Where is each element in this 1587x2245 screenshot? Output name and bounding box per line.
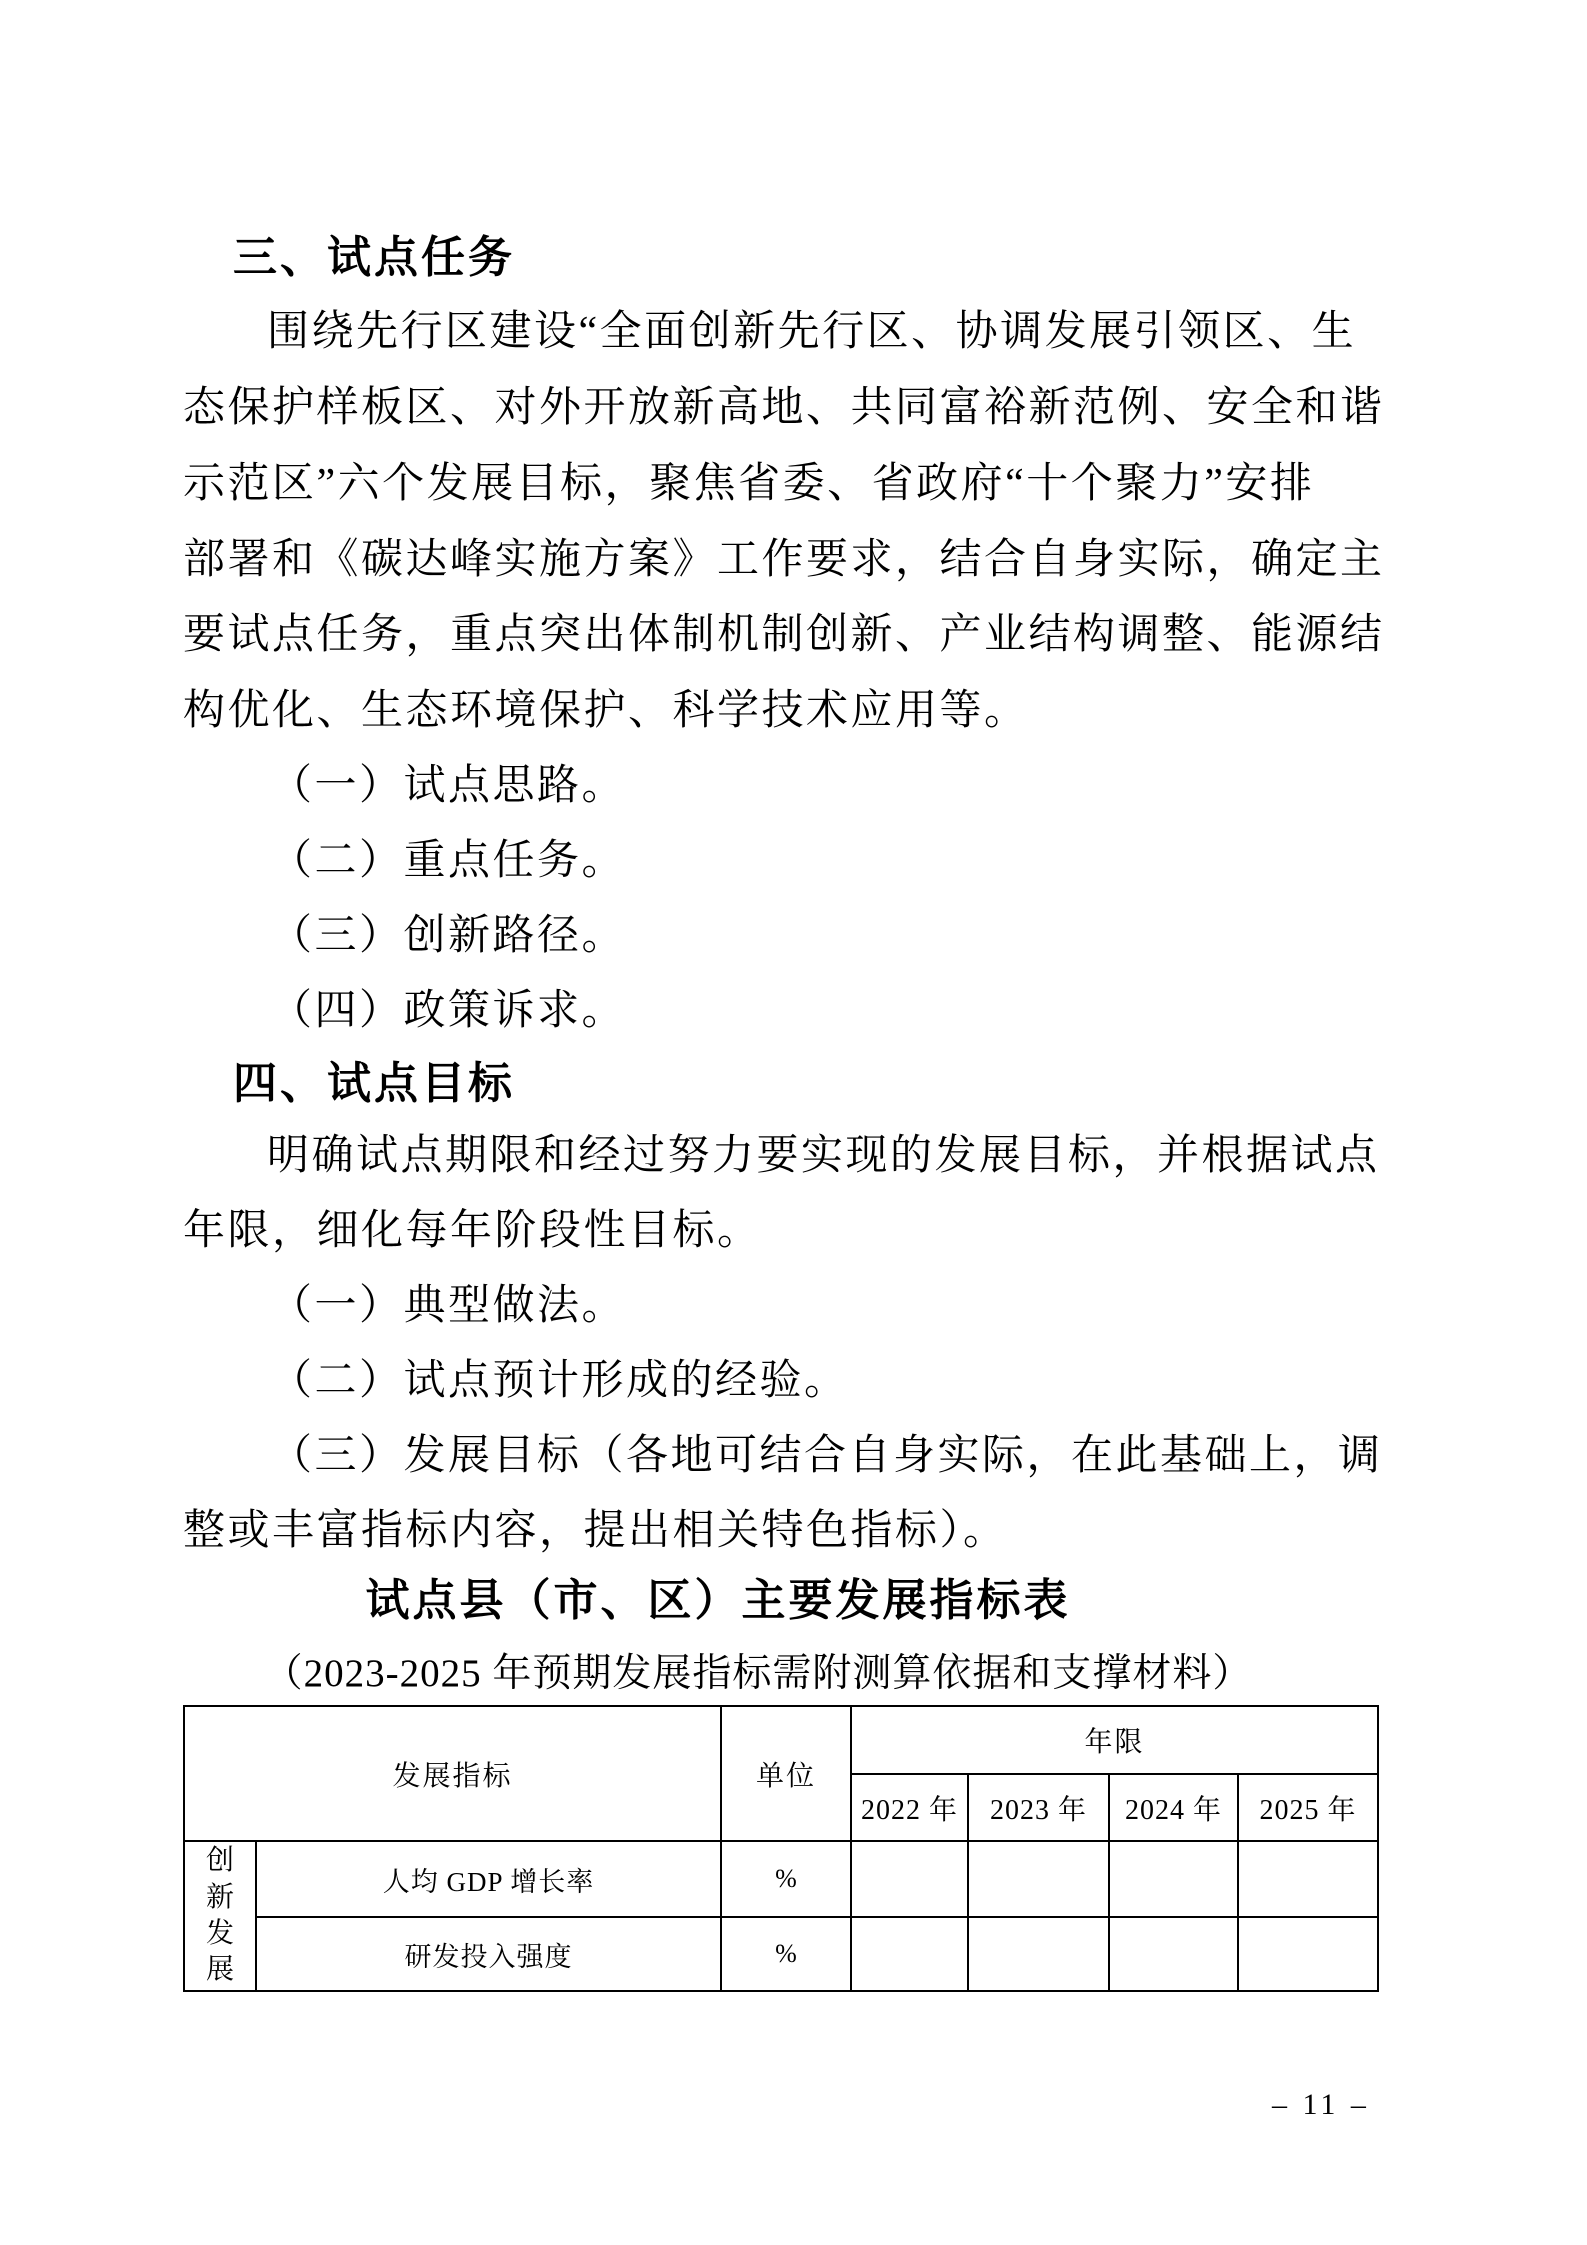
section3-item-2: （二）重点任务。 [270,837,626,887]
section3-paragraph-line: 示范区”六个发展目标，聚焦省委、省政府“十个聚力”安排 [183,460,1314,510]
category-char: 发 [206,1916,234,1952]
table-row: 研发投入强度 % [184,1917,1378,1991]
header-year-2022: 2022 年 [851,1774,968,1841]
header-year-2023: 2023 年 [968,1774,1109,1841]
section3-paragraph-line: 态保护样板区、对外开放新高地、共同富裕新范例、安全和谐 [183,384,1385,434]
section3-heading: 三、试点任务 [233,232,515,284]
document-page: 三、试点任务 围绕先行区建设“全面创新先行区、协调发展引领区、生 态保护样板区、… [0,0,1587,2245]
section3-item-1: （一）试点思路。 [270,762,626,812]
table-row: 创 新 发 展 人均 GDP 增长率 % [184,1841,1378,1917]
section4-heading: 四、试点目标 [233,1058,515,1110]
section4-item-3: （三）发展目标（各地可结合自身实际，在此基础上，调 [270,1432,1383,1482]
section3-paragraph-line: 要试点任务，重点突出体制机制创新、产业结构调整、能源结 [183,611,1385,661]
indicator-name-gdp-growth: 人均 GDP 增长率 [256,1841,721,1917]
header-year-2024: 2024 年 [1109,1774,1238,1841]
empty-value-cell [1109,1841,1238,1917]
category-char: 创 [206,1843,234,1879]
section3-item-3: （三）创新路径。 [270,912,626,962]
section4-paragraph-line: 年限，细化每年阶段性目标。 [183,1207,762,1257]
section3-paragraph-line: 围绕先行区建设“全面创新先行区、协调发展引领区、生 [267,308,1356,358]
header-year-2025: 2025 年 [1238,1774,1378,1841]
indicator-table-title: 试点县（市、区）主要发展指标表 [183,1576,1253,1627]
header-unit: 单位 [721,1706,851,1841]
header-development-indicator: 发展指标 [184,1706,721,1841]
section4-paragraph-line: 明确试点期限和经过努力要实现的发展目标，并根据试点 [267,1132,1380,1182]
page-number: – 11 – [1272,2088,1370,2122]
category-innovation-development: 创 新 发 展 [184,1841,256,1991]
section4-item-2: （二）试点预计形成的经验。 [270,1357,849,1407]
section3-paragraph-line: 部署和《碳达峰实施方案》工作要求，结合自身实际，确定主 [183,536,1385,586]
section3-paragraph-line: 构优化、生态环境保护、科学技术应用等。 [183,687,1029,737]
empty-value-cell [968,1917,1109,1991]
unit-value: % [721,1841,851,1917]
section4-item-3-continued: 整或丰富指标内容，提出相关特色指标）。 [183,1507,1008,1557]
empty-value-cell [851,1917,968,1991]
section3-item-4: （四）政策诉求。 [270,987,626,1037]
unit-value: % [721,1917,851,1991]
category-char: 展 [206,1952,234,1988]
category-vertical-text: 创 新 发 展 [185,1843,255,1989]
section4-item-1: （一）典型做法。 [270,1282,626,1332]
header-years-group: 年限 [851,1706,1378,1774]
indicator-table-subtitle: （2023-2025 年预期发展指标需附测算依据和支撑材料） [183,1652,1333,1697]
empty-value-cell [851,1841,968,1917]
indicator-name-rd-intensity: 研发投入强度 [256,1917,721,1991]
category-char: 新 [206,1880,234,1916]
empty-value-cell [1238,1917,1378,1991]
development-indicator-table: 发展指标 单位 年限 2022 年 2023 年 2024 年 2025 年 创… [183,1705,1379,1992]
empty-value-cell [968,1841,1109,1917]
empty-value-cell [1238,1841,1378,1917]
empty-value-cell [1109,1917,1238,1991]
